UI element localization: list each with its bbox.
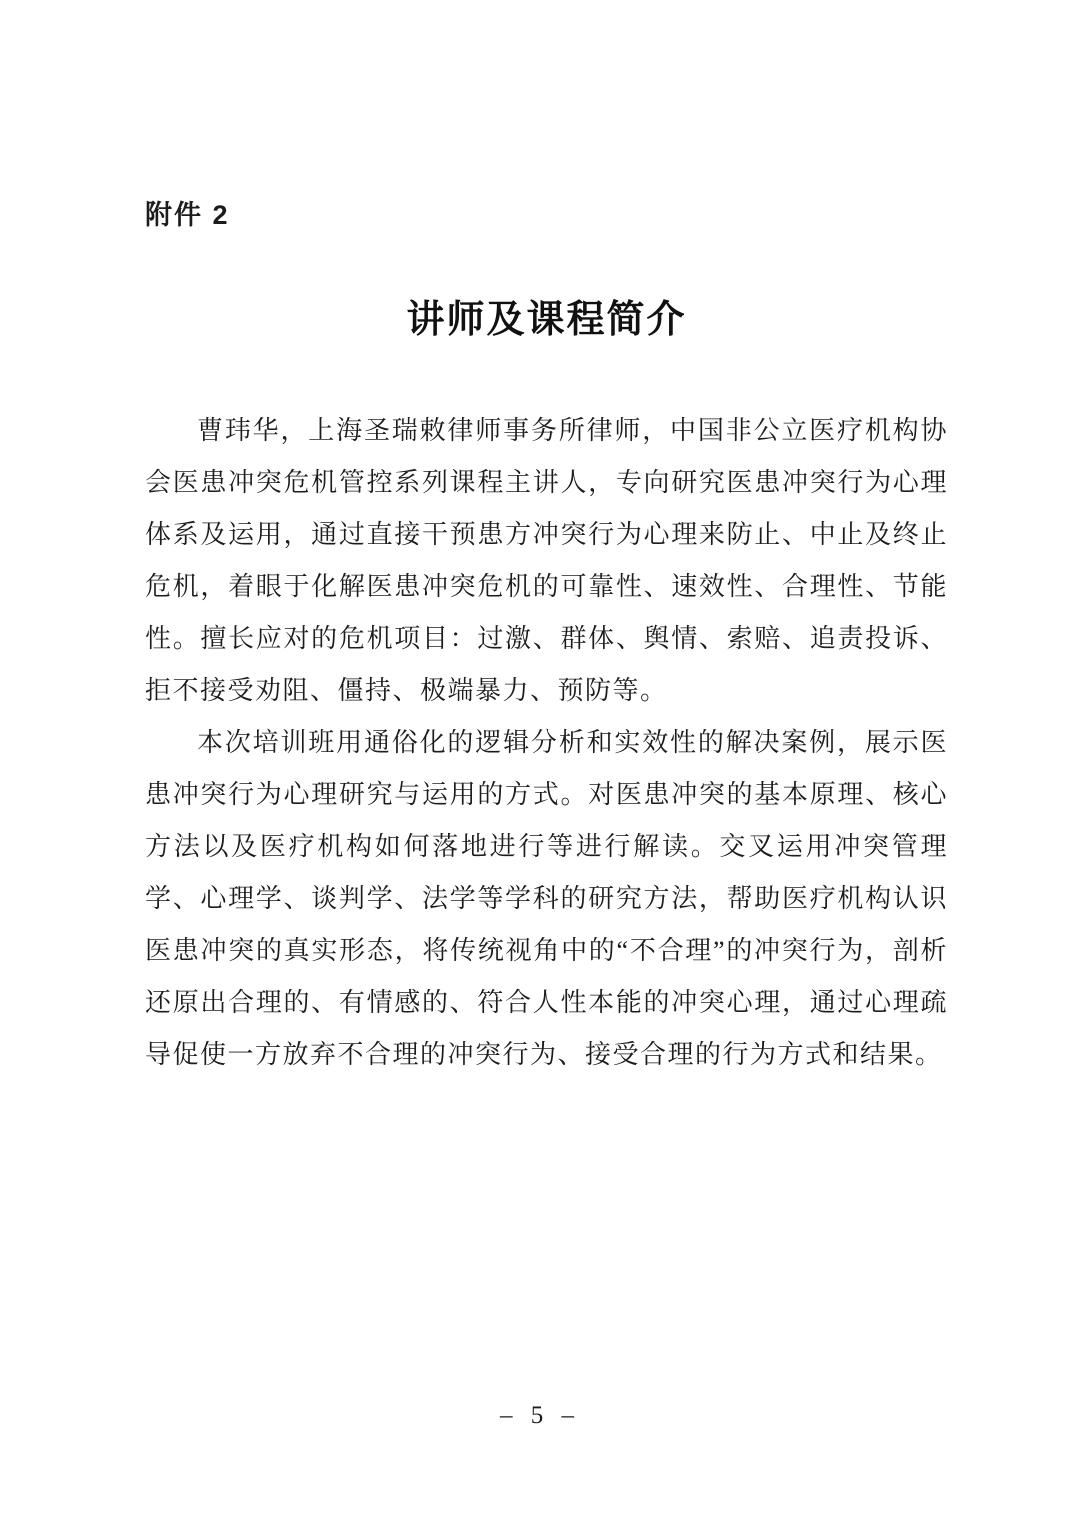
- attachment-label: 附件 2: [145, 193, 948, 232]
- document-content: 附件 2 讲师及课程简介 曹玮华，上海圣瑞敕律师事务所律师，中国非公立医疗机构协…: [145, 0, 948, 1081]
- document-body: 曹玮华，上海圣瑞敕律师事务所律师，中国非公立医疗机构协会医患冲突危机管控系列课程…: [145, 405, 948, 1081]
- document-title: 讲师及课程简介: [145, 288, 948, 343]
- paragraph-course-description: 本次培训班用通俗化的逻辑分析和实效性的解决案例，展示医患冲突行为心理研究与运用的…: [145, 717, 948, 1081]
- paragraph-instructor-bio: 曹玮华，上海圣瑞敕律师事务所律师，中国非公立医疗机构协会医患冲突危机管控系列课程…: [145, 405, 948, 717]
- document-page: 附件 2 讲师及课程简介 曹玮华，上海圣瑞敕律师事务所律师，中国非公立医疗机构协…: [0, 0, 1080, 1527]
- page-number: – 5 –: [0, 1402, 1080, 1430]
